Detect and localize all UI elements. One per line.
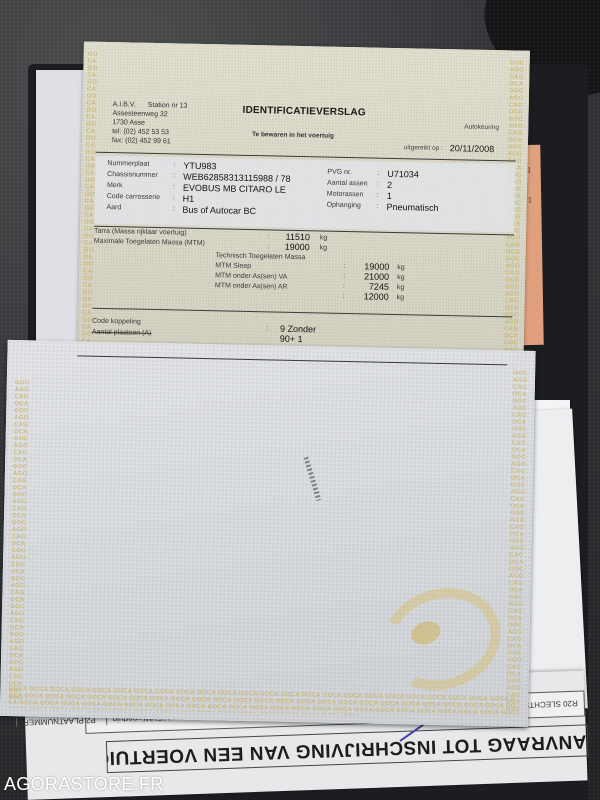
unit: kg — [397, 264, 405, 271]
value-technical-mass: 19000 — [355, 261, 389, 272]
field-plate: Nummerplaat:YTU983 — [107, 160, 149, 168]
field-kind: Aard:Bus of Autocar BC — [106, 204, 121, 211]
issued-date: 20/11/2008 — [450, 143, 495, 154]
issuer-fax: fax: (02) 452 99 61 — [112, 136, 187, 147]
security-border-bottom: GOCA GOCA GOCA GOCA GOCA GOCA GOCA GOCA … — [8, 686, 520, 719]
label-technical-mass: Technisch Toegelaten Massa — [215, 252, 305, 261]
form-field: P2 PLAATNUMMER — [16, 716, 96, 728]
document-subtitle: Te bewaren in het voertuig — [252, 131, 334, 140]
unit: kg — [397, 294, 405, 301]
value-mtm-rear: 12000 — [355, 291, 389, 302]
certificate-bottom-half: GOCAGOCAGOCAGOCAGOCAGOCAGOCAGOCAGOCAGOCA… — [0, 340, 536, 727]
field-body-code: Code carrosserie:H1 — [107, 193, 160, 201]
form-title: AANVRAAG TOT INSCHRIJVING VAN EEN VOERTU… — [106, 724, 589, 773]
divider — [92, 308, 512, 318]
value-tare: 11510 — [276, 232, 310, 243]
separator: : — [268, 243, 270, 250]
issued-label: uitgereikt op : — [404, 144, 443, 152]
field-axles: Aantal assen:2 — [327, 180, 368, 188]
value-mtm-tow: 21000 — [355, 271, 389, 282]
identification-panel: Nummerplaat:YTU983 Chassisnummer:WEB6285… — [94, 156, 515, 233]
separator: : — [343, 293, 345, 300]
label-mtm: Maximale Toegelaten Massa (MTM) — [94, 238, 205, 247]
fold-line — [77, 355, 507, 365]
value-mtm: 19000 — [276, 242, 310, 253]
field-make: Merk:EVOBUS MB CITARO LE — [107, 182, 123, 189]
label-seats: Aantal plaatsen (A) — [92, 329, 152, 337]
label-tare: Tarra (Massa rijklaar voertuig) — [94, 228, 187, 237]
unit-tare: kg — [320, 234, 328, 241]
security-border-left: GOCAGOCAGOCAGOCAGOCAGOCAGOCAGOCAGOCAGOCA… — [8, 380, 33, 700]
value-seats: 90+ 1 — [280, 334, 303, 344]
security-border-right: GOCAGOCAGOCAGOCAGOCAGOCAGOCAGOCAGOCAGOCA… — [506, 371, 529, 711]
document-category: Autokeuring — [464, 123, 499, 131]
issuer-name: A.I.B.V. — [113, 101, 136, 108]
separator: : — [343, 273, 345, 280]
label-mtm-front: MTM onder As(sen) VA — [215, 272, 287, 281]
label-mtm-rear: MTM onder As(sen) AR — [215, 282, 288, 291]
field-suspension: Ophanging:Pneumatisch — [327, 202, 361, 210]
goca-emblem-icon — [369, 572, 515, 705]
separator: : — [268, 233, 270, 240]
label-coupling: Code koppeling — [92, 318, 141, 326]
identification-report: GOCAGOCAGOCAGOCAGOCAGOCAGOCAGOCAGOCAGOCA… — [0, 40, 542, 727]
label-mtm-tow: MTM Sleep — [215, 262, 251, 270]
field-chassis: Chassisnummer:WEB62858313115988 / 78 — [107, 171, 158, 179]
ink-scratch — [303, 457, 321, 502]
document-title: IDENTIFICATIEVERSLAG — [242, 105, 365, 119]
issuer-station: Station nr 13 — [148, 102, 188, 110]
watermark: AGORASTORE.FR — [4, 774, 164, 795]
certificate-top-half: GOCAGOCAGOCAGOCAGOCAGOCAGOCAGOCAGOCAGOCA… — [77, 41, 529, 364]
field-drive-axles: Motorassen:1 — [327, 191, 364, 199]
unit: kg — [397, 274, 405, 281]
field-pvg: PVG nr.:U71034 — [327, 169, 352, 177]
separator: : — [343, 263, 345, 270]
unit-mtm: kg — [320, 244, 328, 251]
separator: : — [266, 325, 268, 332]
separator: : — [343, 283, 345, 290]
unit: kg — [397, 284, 405, 291]
issuer-block: A.I.B.V.Station nr 13 Assesteenweg 32 17… — [112, 100, 188, 147]
value-mtm-front: 7245 — [355, 281, 389, 292]
